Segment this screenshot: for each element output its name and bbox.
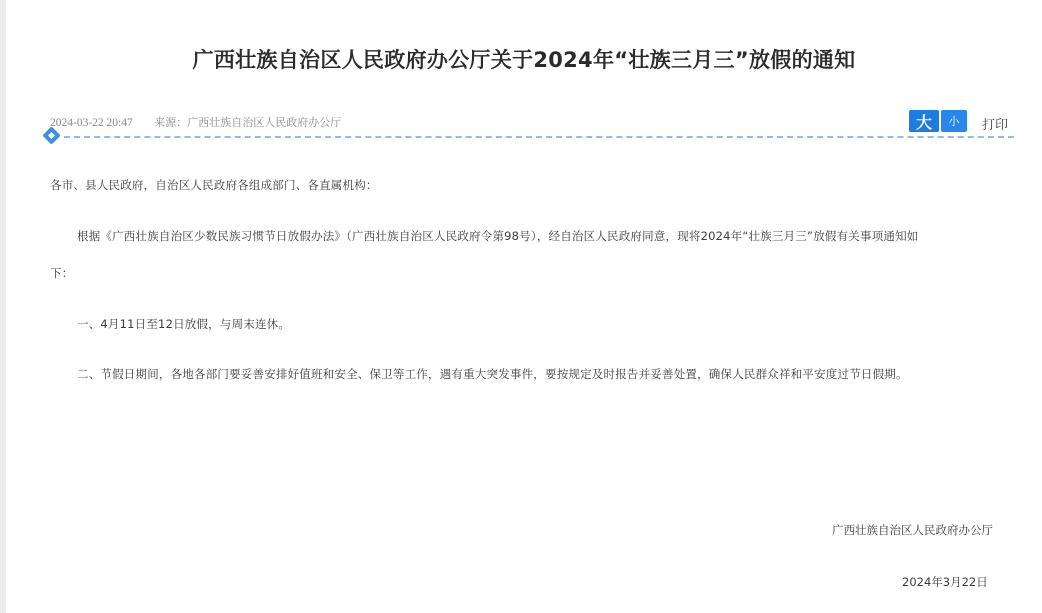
signature-organization: 广西壮族自治区人民政府办公厅 (832, 522, 993, 538)
notice-item-2: 二、节假日期间，各地各部门要妥善安排好值班和安全、保卫等工作，遇有重大突发事件，… (77, 366, 908, 382)
print-link[interactable]: 打印 (982, 114, 1008, 133)
page-title: 广西壮族自治区人民政府办公厅关于2024年“壮族三月三”放假的通知 (6, 44, 1042, 74)
article-meta: 2024-03-22 20:47 来源：广西壮族自治区人民政府办公厅 (50, 114, 341, 130)
font-large-button[interactable]: 大 (909, 110, 939, 132)
signature-date: 2024年3月22日 (902, 574, 988, 590)
body-paragraph-1: 根据《广西壮族自治区少数民族习惯节日放假办法》（广西壮族自治区人民政府令第98号… (77, 228, 919, 244)
font-size-toggle: 大 小 (909, 110, 967, 132)
notice-item-1: 一、4月11日至12日放假，与周末连休。 (77, 316, 290, 332)
font-small-button[interactable]: 小 (941, 110, 967, 132)
header-divider (64, 136, 1014, 138)
source-label: 来源：广西壮族自治区人民政府办公厅 (154, 116, 341, 129)
publish-datetime: 2024-03-22 20:47 (50, 117, 133, 129)
salutation: 各市、县人民政府，自治区人民政府各组成部门、各直属机构： (50, 177, 378, 193)
body-paragraph-1-continued: 下： (50, 265, 73, 281)
notice-page: 广西壮族自治区人民政府办公厅关于2024年“壮族三月三”放假的通知 2024-0… (6, 0, 1042, 613)
